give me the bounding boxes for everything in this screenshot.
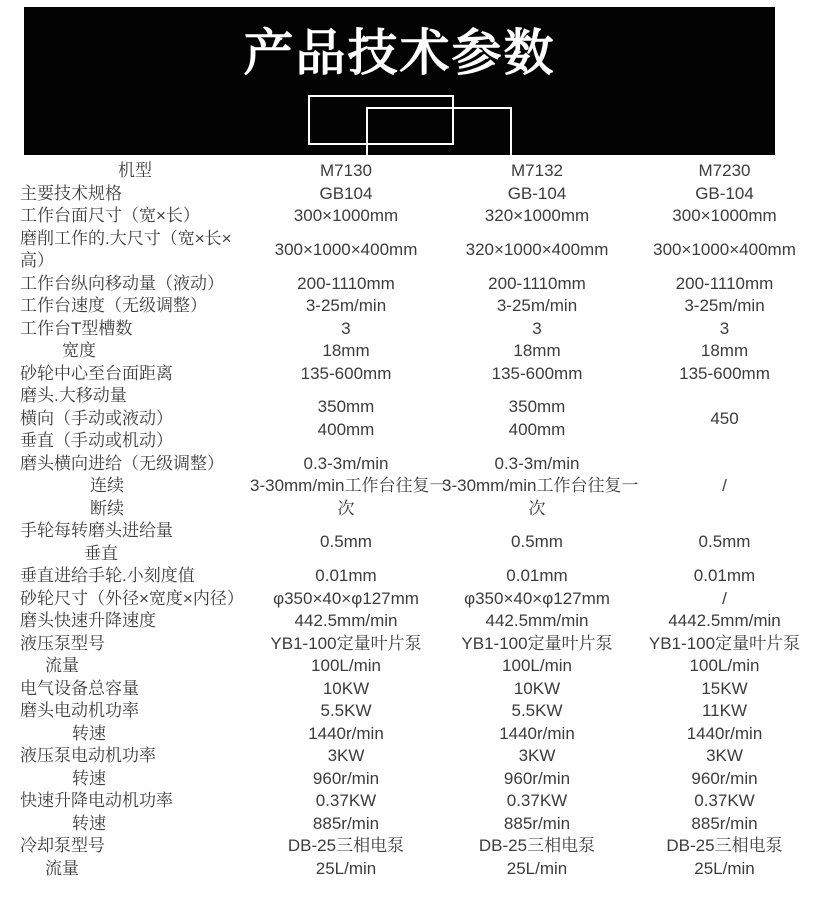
value-cell-M7130: 300×1000mm [250,205,442,228]
value-line: 3 [442,318,632,341]
table-row: 手轮每转磨头进给量垂直0.5mm0.5mm0.5mm [0,520,817,565]
value-line: 100L/min [442,655,632,678]
row-label-line: 磨头横向进给（无级调整） [0,453,250,476]
value-line: 960r/min [632,768,817,791]
value-line: 0.01mm [632,565,817,588]
value-cell-M7132: 25L/min [442,858,632,881]
row-label-line: 转速 [0,723,250,746]
value-cell-M7132: 3-25m/min [442,295,632,318]
value-cell-M7130: 1440r/min [250,723,442,746]
value-line: YB1-100定量叶片泵 [632,633,817,656]
value-cell-M7132: 0.37KW [442,790,632,813]
value-cell-M7230: GB-104 [632,183,817,206]
value-cell-M7230: 300×1000×400mm [632,228,817,273]
value-line [632,498,817,521]
value-line: M7130 [250,160,442,183]
table-row: 磨头快速升降速度442.5mm/min442.5mm/min4442.5mm/m… [0,610,817,633]
table-row: 工作台纵向移动量（液动）200-1110mm200-1110mm200-1110… [0,273,817,296]
value-line: 400mm [442,419,632,442]
value-cell-M7130: DB-25三相电泵 [250,835,442,858]
row-label-line: 冷却泵型号 [0,835,250,858]
row-label-line: 流量 [0,858,250,881]
table-row: 工作台T型槽数333 [0,318,817,341]
value-line: 320×1000×400mm [442,239,632,262]
value-cell-M7132: DB-25三相电泵 [442,835,632,858]
value-line: 3-30mm/min工作台往复一 [442,475,632,498]
value-line: 0.5mm [632,531,817,554]
row-label-line: 垂直（手动或机动） [0,430,250,453]
value-cell-M7132: 350mm400mm [442,385,632,453]
table-row: 流量100L/min100L/min100L/min [0,655,817,678]
table-row: 砂轮尺寸（外径×宽度×内径）φ350×40×φ127mmφ350×40×φ127… [0,588,817,611]
value-cell-M7230: 200-1110mm [632,273,817,296]
value-cell-M7130: 200-1110mm [250,273,442,296]
row-label-line: 横向（手动或液动） [0,408,250,431]
row-label: 宽度 [0,340,250,363]
value-line: 0.3-3m/min [250,453,442,476]
value-line: GB-104 [632,183,817,206]
row-label: 手轮每转磨头进给量垂直 [0,520,250,565]
value-line: 100L/min [632,655,817,678]
value-line: GB104 [250,183,442,206]
value-line: 3 [632,318,817,341]
row-label: 转速 [0,768,250,791]
value-cell-M7230: 960r/min [632,768,817,791]
value-line: GB-104 [442,183,632,206]
table-row: 工作台速度（无级调整）3-25m/min3-25m/min3-25m/min [0,295,817,318]
row-label-line: 转速 [0,813,250,836]
table-row: 转速1440r/min1440r/min1440r/min [0,723,817,746]
row-label: 工作台速度（无级调整） [0,295,250,318]
value-line: 450 [632,408,817,431]
value-cell-M7130: 3-25m/min [250,295,442,318]
value-cell-M7132: YB1-100定量叶片泵 [442,633,632,656]
value-line: / [632,588,817,611]
value-line: 400mm [250,419,442,442]
row-label-line: 手轮每转磨头进给量 [0,520,250,543]
table-row: 机型M7130M7132M7230 [0,160,817,183]
value-line: 25L/min [442,858,632,881]
value-cell-M7230: 3 [632,318,817,341]
value-cell-M7230: 0.5mm [632,520,817,565]
row-label: 快速升降电动机功率 [0,790,250,813]
table-row: 液压泵型号YB1-100定量叶片泵YB1-100定量叶片泵YB1-100定量叶片… [0,633,817,656]
value-line: 200-1110mm [442,273,632,296]
value-cell-M7132: 10KW [442,678,632,701]
value-cell-M7132: 0.3-3m/min3-30mm/min工作台往复一次 [442,453,632,521]
value-line: 0.01mm [250,565,442,588]
row-label-line: 垂直进给手轮.小刻度值 [0,565,250,588]
value-line: 3 [250,318,442,341]
row-label-line: 工作台T型槽数 [0,318,250,341]
table-row: 冷却泵型号DB-25三相电泵DB-25三相电泵DB-25三相电泵 [0,835,817,858]
value-cell-M7230: 11KW [632,700,817,723]
value-line: 442.5mm/min [250,610,442,633]
row-label-line: 磨头快速升降速度 [0,610,250,633]
value-cell-M7130: 5.5KW [250,700,442,723]
row-label-line: 连续 [0,475,250,498]
value-line: 3-25m/min [250,295,442,318]
value-cell-M7230: 0.01mm [632,565,817,588]
value-cell-M7230: 1440r/min [632,723,817,746]
table-row: 砂轮中心至台面距离135-600mm135-600mm135-600mm [0,363,817,386]
value-line: / [632,475,817,498]
row-label: 电气设备总容量 [0,678,250,701]
value-cell-M7132: 1440r/min [442,723,632,746]
value-cell-M7130: 3 [250,318,442,341]
value-line [632,453,817,476]
row-label: 转速 [0,723,250,746]
value-line: 350mm [250,396,442,419]
row-label: 垂直进给手轮.小刻度值 [0,565,250,588]
row-label: 磨削工作的.大尺寸（宽×长×高） [0,228,250,273]
row-label-line: 液压泵型号 [0,633,250,656]
decor-rectangle-2 [366,107,512,155]
table-row: 磨头电动机功率5.5KW5.5KW11KW [0,700,817,723]
value-cell-M7130: 300×1000×400mm [250,228,442,273]
table-row: 液压泵电动机功率3KW3KW3KW [0,745,817,768]
row-label: 工作台T型槽数 [0,318,250,341]
value-line: 3-25m/min [442,295,632,318]
row-label: 磨头.大移动量横向（手动或液动）垂直（手动或机动） [0,385,250,453]
row-label: 磨头电动机功率 [0,700,250,723]
value-line: 300×1000×400mm [250,239,442,262]
value-cell-M7132: 960r/min [442,768,632,791]
value-cell-M7230: 3KW [632,745,817,768]
row-label: 液压泵型号 [0,633,250,656]
value-line: DB-25三相电泵 [442,835,632,858]
table-row: 流量25L/min25L/min25L/min [0,858,817,881]
row-label: 磨头快速升降速度 [0,610,250,633]
value-line: 0.37KW [442,790,632,813]
value-line: 0.37KW [250,790,442,813]
value-cell-M7130: M7130 [250,160,442,183]
value-cell-M7132: 3KW [442,745,632,768]
value-cell-M7132: 200-1110mm [442,273,632,296]
value-line: 960r/min [250,768,442,791]
row-label: 主要技术规格 [0,183,250,206]
row-label: 砂轮中心至台面距离 [0,363,250,386]
row-label-line: 砂轮中心至台面距离 [0,363,250,386]
row-label-line: 工作台纵向移动量（液动） [0,273,250,296]
spec-table: 机型M7130M7132M7230主要技术规格GB104GB-104GB-104… [0,160,817,880]
value-cell-M7230: / [632,453,817,521]
value-line: 300×1000mm [632,205,817,228]
value-line: 442.5mm/min [442,610,632,633]
value-line: φ350×40×φ127mm [442,588,632,611]
table-row: 磨削工作的.大尺寸（宽×长×高）300×1000×400mm320×1000×4… [0,228,817,273]
row-label: 机型 [0,160,250,183]
row-label-line: 断续 [0,498,250,521]
table-row: 电气设备总容量10KW10KW15KW [0,678,817,701]
value-cell-M7132: 0.5mm [442,520,632,565]
value-line: 3KW [442,745,632,768]
value-cell-M7230: DB-25三相电泵 [632,835,817,858]
value-line: 135-600mm [250,363,442,386]
value-cell-M7130: 18mm [250,340,442,363]
value-cell-M7130: 10KW [250,678,442,701]
value-cell-M7132: 100L/min [442,655,632,678]
row-label: 液压泵电动机功率 [0,745,250,768]
value-line: 100L/min [250,655,442,678]
row-label-line: 高） [0,250,250,273]
value-cell-M7230: 300×1000mm [632,205,817,228]
value-line: 次 [442,498,632,521]
value-line: 10KW [442,678,632,701]
table-row: 主要技术规格GB104GB-104GB-104 [0,183,817,206]
row-label: 砂轮尺寸（外径×宽度×内径） [0,588,250,611]
value-cell-M7230: 18mm [632,340,817,363]
row-label: 磨头横向进给（无级调整）连续断续 [0,453,250,521]
row-label: 冷却泵型号 [0,835,250,858]
value-line: M7230 [632,160,817,183]
table-row: 转速885r/min885r/min885r/min [0,813,817,836]
value-cell-M7132: 5.5KW [442,700,632,723]
value-line: 885r/min [442,813,632,836]
table-row: 垂直进给手轮.小刻度值0.01mm0.01mm0.01mm [0,565,817,588]
value-line: 200-1110mm [632,273,817,296]
row-label-line: 电气设备总容量 [0,678,250,701]
value-line: 0.3-3m/min [442,453,632,476]
value-cell-M7230: 885r/min [632,813,817,836]
value-cell-M7130: 0.3-3m/min3-30mm/min工作台往复一次 [250,453,442,521]
value-cell-M7130: 25L/min [250,858,442,881]
value-cell-M7130: 885r/min [250,813,442,836]
value-line: 885r/min [250,813,442,836]
value-cell-M7130: 135-600mm [250,363,442,386]
value-line: 次 [250,498,442,521]
row-label: 流量 [0,655,250,678]
value-cell-M7132: 3 [442,318,632,341]
value-cell-M7230: 3-25m/min [632,295,817,318]
value-line: 200-1110mm [250,273,442,296]
table-row: 磨头.大移动量横向（手动或液动）垂直（手动或机动）350mm400mm350mm… [0,385,817,453]
page-title: 产品技术参数 [24,26,775,81]
value-line: 10KW [250,678,442,701]
value-cell-M7230: YB1-100定量叶片泵 [632,633,817,656]
row-label: 工作台面尺寸（宽×长） [0,205,250,228]
value-cell-M7130: GB104 [250,183,442,206]
row-label-line: 垂直 [0,543,250,566]
row-label-line: 转速 [0,768,250,791]
value-line: M7132 [442,160,632,183]
value-cell-M7130: 0.5mm [250,520,442,565]
value-cell-M7132: 135-600mm [442,363,632,386]
value-cell-M7132: φ350×40×φ127mm [442,588,632,611]
row-label-line: 机型 [0,160,250,183]
value-line: 3KW [632,745,817,768]
value-line: 4442.5mm/min [632,610,817,633]
value-line: 25L/min [632,858,817,881]
value-line: 885r/min [632,813,817,836]
value-line: 1440r/min [632,723,817,746]
row-label-line: 磨头.大移动量 [0,385,250,408]
value-cell-M7130: 100L/min [250,655,442,678]
row-label-line: 工作台速度（无级调整） [0,295,250,318]
table-row: 快速升降电动机功率0.37KW0.37KW0.37KW [0,790,817,813]
table-row: 宽度18mm18mm18mm [0,340,817,363]
value-line: 1440r/min [250,723,442,746]
value-line: 350mm [442,396,632,419]
value-cell-M7230: 25L/min [632,858,817,881]
value-cell-M7230: 4442.5mm/min [632,610,817,633]
table-row: 工作台面尺寸（宽×长）300×1000mm320×1000mm300×1000m… [0,205,817,228]
value-line: 0.37KW [632,790,817,813]
value-cell-M7130: 960r/min [250,768,442,791]
table-row: 磨头横向进给（无级调整）连续断续0.3-3m/min3-30mm/min工作台往… [0,453,817,521]
value-cell-M7132: 885r/min [442,813,632,836]
header-banner: 产品技术参数 [24,7,775,155]
value-cell-M7230: 450 [632,385,817,453]
value-line: 1440r/min [442,723,632,746]
value-line: DB-25三相电泵 [632,835,817,858]
value-line: 300×1000×400mm [632,239,817,262]
value-cell-M7130: 350mm400mm [250,385,442,453]
value-cell-M7130: 0.37KW [250,790,442,813]
row-label: 工作台纵向移动量（液动） [0,273,250,296]
value-line: 135-600mm [632,363,817,386]
value-line: DB-25三相电泵 [250,835,442,858]
value-cell-M7130: 0.01mm [250,565,442,588]
value-cell-M7130: 442.5mm/min [250,610,442,633]
value-line: 960r/min [442,768,632,791]
value-cell-M7230: 15KW [632,678,817,701]
value-line: 0.5mm [250,531,442,554]
value-line: 18mm [442,340,632,363]
row-label: 转速 [0,813,250,836]
value-cell-M7230: / [632,588,817,611]
value-cell-M7130: YB1-100定量叶片泵 [250,633,442,656]
value-cell-M7132: 320×1000mm [442,205,632,228]
value-line: 5.5KW [250,700,442,723]
value-line: φ350×40×φ127mm [250,588,442,611]
value-line: YB1-100定量叶片泵 [442,633,632,656]
value-cell-M7132: 320×1000×400mm [442,228,632,273]
value-line: 135-600mm [442,363,632,386]
value-line: 5.5KW [442,700,632,723]
row-label-line: 砂轮尺寸（外径×宽度×内径） [0,588,250,611]
value-cell-M7130: φ350×40×φ127mm [250,588,442,611]
value-cell-M7132: M7132 [442,160,632,183]
value-line: YB1-100定量叶片泵 [250,633,442,656]
value-line: 18mm [632,340,817,363]
value-line: 3KW [250,745,442,768]
value-line: 18mm [250,340,442,363]
value-line: 0.01mm [442,565,632,588]
value-line: 11KW [632,700,817,723]
row-label-line: 快速升降电动机功率 [0,790,250,813]
row-label-line: 主要技术规格 [0,183,250,206]
value-cell-M7132: 18mm [442,340,632,363]
value-line: 25L/min [250,858,442,881]
value-line: 15KW [632,678,817,701]
value-cell-M7230: 100L/min [632,655,817,678]
row-label-line: 磨头电动机功率 [0,700,250,723]
value-line: 320×1000mm [442,205,632,228]
row-label-line: 流量 [0,655,250,678]
row-label: 流量 [0,858,250,881]
value-cell-M7230: 0.37KW [632,790,817,813]
value-line: 3-30mm/min工作台往复一 [250,475,442,498]
value-line: 3-25m/min [632,295,817,318]
value-line: 300×1000mm [250,205,442,228]
row-label-line: 磨削工作的.大尺寸（宽×长× [0,228,250,251]
row-label-line: 工作台面尺寸（宽×长） [0,205,250,228]
value-cell-M7132: 442.5mm/min [442,610,632,633]
value-cell-M7132: GB-104 [442,183,632,206]
value-cell-M7230: 135-600mm [632,363,817,386]
row-label-line: 液压泵电动机功率 [0,745,250,768]
value-cell-M7130: 3KW [250,745,442,768]
table-row: 转速960r/min960r/min960r/min [0,768,817,791]
value-cell-M7230: M7230 [632,160,817,183]
value-line: 0.5mm [442,531,632,554]
row-label-line: 宽度 [0,340,250,363]
value-cell-M7132: 0.01mm [442,565,632,588]
